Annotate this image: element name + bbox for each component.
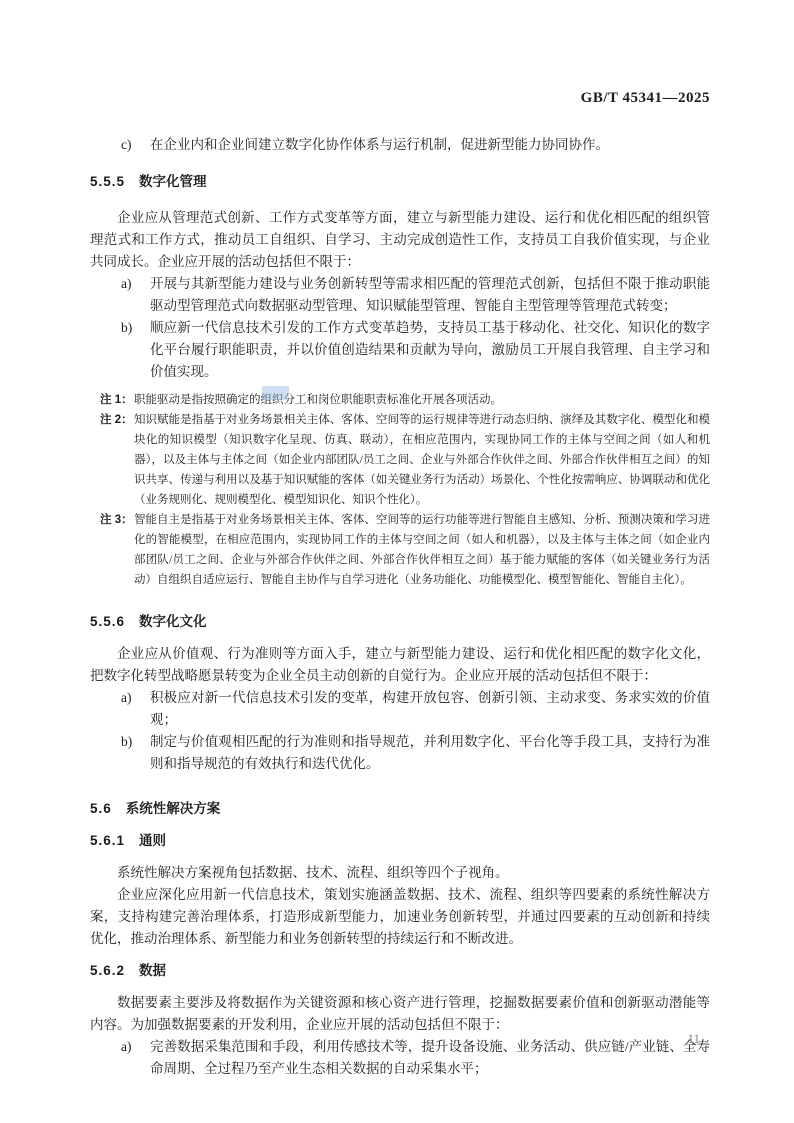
page-content: GB/T 45341—2025 c) 在企业内和企业间建立数字化协作体系与运行机… (90, 90, 710, 1080)
notes-block: 注 1： 职能驱动是指按照确定的组织分工和岗位职能职责标准化开展各项活动。 注 … (90, 390, 710, 590)
page-number: 11 (687, 1031, 700, 1047)
list-marker-a: a) (121, 273, 132, 295)
list-item-5-5-6-b: b) 制定与价值观相匹配的行为准则和指导规范，并利用数字化、平台化等手段工具，支… (90, 731, 710, 775)
note-2: 注 2： 知识赋能是指基于对业务场景相关主体、客体、空间等的运行规律等进行动态归… (90, 410, 710, 510)
list-item-5-5-6-a: a) 积极应对新一代信息技术引发的变革，构建开放包容、创新引领、主动求变、务求实… (90, 687, 710, 731)
heading-5-5-6: 5.5.6数字化文化 (90, 613, 710, 631)
heading-5-6-1: 5.6.1通则 (90, 832, 710, 850)
list-marker-b: b) (121, 317, 132, 339)
list-marker-c: c) (121, 134, 132, 156)
note-2-text: 知识赋能是指基于对业务场景相关主体、客体、空间等的运行规律等进行动态归纳、演绎及… (134, 414, 710, 506)
heading-5-5-5: 5.5.5数字化管理 (90, 173, 710, 191)
heading-5-6-2-title: 数据 (139, 963, 166, 978)
heading-5-5-5-number: 5.5.5 (90, 174, 125, 189)
heading-5-6-1-title: 通则 (139, 833, 166, 848)
list-item-5-5-5-a: a) 开展与其新型能力建设与业务创新转型等需求相匹配的管理范式创新，包括但不限于… (90, 273, 710, 317)
paragraph-5-6-2: 数据要素主要涉及将数据作为关键资源和核心资产进行管理，挖掘数据要素价值和创新驱动… (90, 992, 710, 1036)
paragraph-5-6-1-a: 系统性解决方案视角包括数据、技术、流程、组织等四个子视角。 (90, 862, 710, 884)
list-marker-b: b) (121, 731, 132, 753)
heading-5-5-6-number: 5.5.6 (90, 614, 125, 629)
list-item-5-5-6-a-text: 积极应对新一代信息技术引发的变革，构建开放包容、创新引领、主动求变、务求实效的价… (150, 690, 710, 727)
paragraph-5-6-1-b: 企业应深化应用新一代信息技术，策划实施涵盖数据、技术、流程、组织等四要素的系统性… (90, 884, 710, 950)
paragraph-5-5-6: 企业应从价值观、行为准则等方面入手，建立与新型能力建设、运行和优化相匹配的数字化… (90, 643, 710, 687)
standard-number-header: GB/T 45341—2025 (90, 90, 710, 107)
list-item-c: c) 在企业内和企业间建立数字化协作体系与运行机制，促进新型能力协同协作。 (90, 134, 710, 156)
list-item-5-5-5-b: b) 顺应新一代信息技术引发的工作方式变革趋势，支持员工基于移动化、社交化、知识… (90, 317, 710, 383)
paragraph-5-5-5: 企业应从管理范式创新、工作方式变革等方面，建立与新型能力建设、运行和优化相匹配的… (90, 207, 710, 273)
list-marker-a: a) (121, 1036, 132, 1058)
list-item-5-6-2-a: a) 完善数据采集范围和手段，利用传感技术等，提升设备设施、业务活动、供应链/产… (90, 1036, 710, 1080)
document-page: GB/T 45341—2025 c) 在企业内和企业间建立数字化协作体系与运行机… (0, 0, 794, 1123)
heading-5-6-2: 5.6.2数据 (90, 962, 710, 980)
list-marker-a: a) (121, 687, 132, 709)
note-1: 注 1： 职能驱动是指按照确定的组织分工和岗位职能职责标准化开展各项活动。 (90, 390, 710, 410)
heading-5-6-1-number: 5.6.1 (90, 833, 125, 848)
heading-5-6-2-number: 5.6.2 (90, 963, 125, 978)
list-item-5-5-5-b-text: 顺应新一代信息技术引发的工作方式变革趋势，支持员工基于移动化、社交化、知识化的数… (150, 320, 710, 379)
heading-5-6-number: 5.6 (90, 801, 112, 816)
note-1-text: 职能驱动是指按照确定的组织分工和岗位职能职责标准化开展各项活动。 (134, 394, 502, 406)
heading-5-6: 5.6系统性解决方案 (90, 800, 710, 818)
list-item-c-text: 在企业内和企业间建立数字化协作体系与运行机制，促进新型能力协同协作。 (150, 137, 609, 152)
note-3: 注 3： 智能自主是指基于对业务场景相关主体、客体、空间等的运行功能等进行智能自… (90, 510, 710, 590)
list-item-5-6-2-a-text: 完善数据采集范围和手段，利用传感技术等，提升设备设施、业务活动、供应链/产业链、… (150, 1039, 710, 1076)
heading-5-6-title: 系统性解决方案 (126, 801, 221, 816)
list-item-5-5-5-a-text: 开展与其新型能力建设与业务创新转型等需求相匹配的管理范式创新，包括但不限于推动职… (150, 276, 710, 313)
heading-5-5-5-title: 数字化管理 (139, 174, 207, 189)
note-1-label: 注 1： (100, 390, 133, 410)
heading-5-5-6-title: 数字化文化 (139, 614, 207, 629)
note-3-text: 智能自主是指基于对业务场景相关主体、客体、空间等的运行功能等进行智能自主感知、分… (134, 514, 710, 586)
note-2-label: 注 2： (100, 410, 133, 430)
note-3-label: 注 3： (100, 510, 133, 530)
list-item-5-5-6-b-text: 制定与价值观相匹配的行为准则和指导规范，并利用数字化、平台化等手段工具，支持行为… (150, 734, 710, 771)
